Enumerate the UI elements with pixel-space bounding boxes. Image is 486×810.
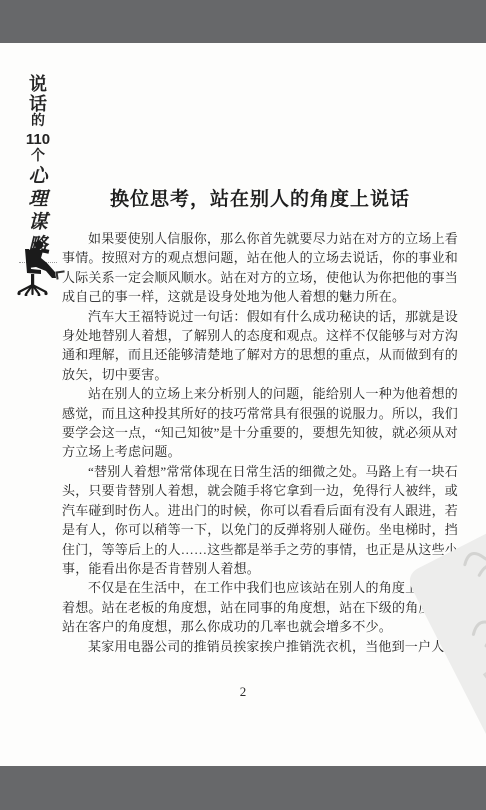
- paragraph: 某家用电器公司的推销员挨家挨户推销洗衣机，当他到一户人家: [62, 637, 458, 656]
- paragraph: 汽车大王福特说过一句话：假如有什么成功秘诀的话，那就是设身处地替别人着想，了解别…: [62, 307, 458, 385]
- letterbox-top-bar: [0, 0, 486, 43]
- letterbox-bottom-bar: [0, 766, 486, 810]
- book-title-char: 的: [31, 114, 45, 130]
- paragraph: 不仅是在生活中，在工作中我们也应该站在别人的角度上为别人着想。站在老板的角度想，…: [62, 578, 458, 636]
- scan-artifact-mark: [55, 270, 65, 279]
- book-title-char: 说: [29, 74, 47, 94]
- paragraph: “替别人着想”常常体现在日常生活的细微之处。马路上有一块石头，只要肯替别人着想，…: [62, 462, 458, 578]
- page-number: 2: [0, 684, 486, 700]
- book-title-number: 110: [26, 130, 50, 149]
- chapter-title: 换位思考，站在别人的角度上说话: [62, 187, 458, 213]
- paragraph: 站在别人的立场上来分析别人的问题，能给别人一种为他着想的感觉，而且这种投其所好的…: [62, 384, 458, 462]
- person-in-chair-illustration: [14, 238, 60, 296]
- body-text-block: 如果要使别人信服你，那么你首先就要尽力站在对方的立场上看事情。按照对方的观点想问…: [62, 229, 458, 656]
- book-title-char: 谋: [28, 211, 47, 234]
- person-in-chair-icon: [14, 238, 60, 296]
- book-title-char: 理: [28, 188, 47, 211]
- scanned-book-page: 说 话 的 110 个 心 理 谋 略: [0, 0, 486, 810]
- book-title-char: 心: [28, 165, 47, 188]
- paragraph: 如果要使别人信服你，那么你首先就要尽力站在对方的立场上看事情。按照对方的观点想问…: [62, 229, 458, 307]
- book-title-char: 话: [29, 94, 47, 114]
- book-title-char: 个: [31, 149, 45, 165]
